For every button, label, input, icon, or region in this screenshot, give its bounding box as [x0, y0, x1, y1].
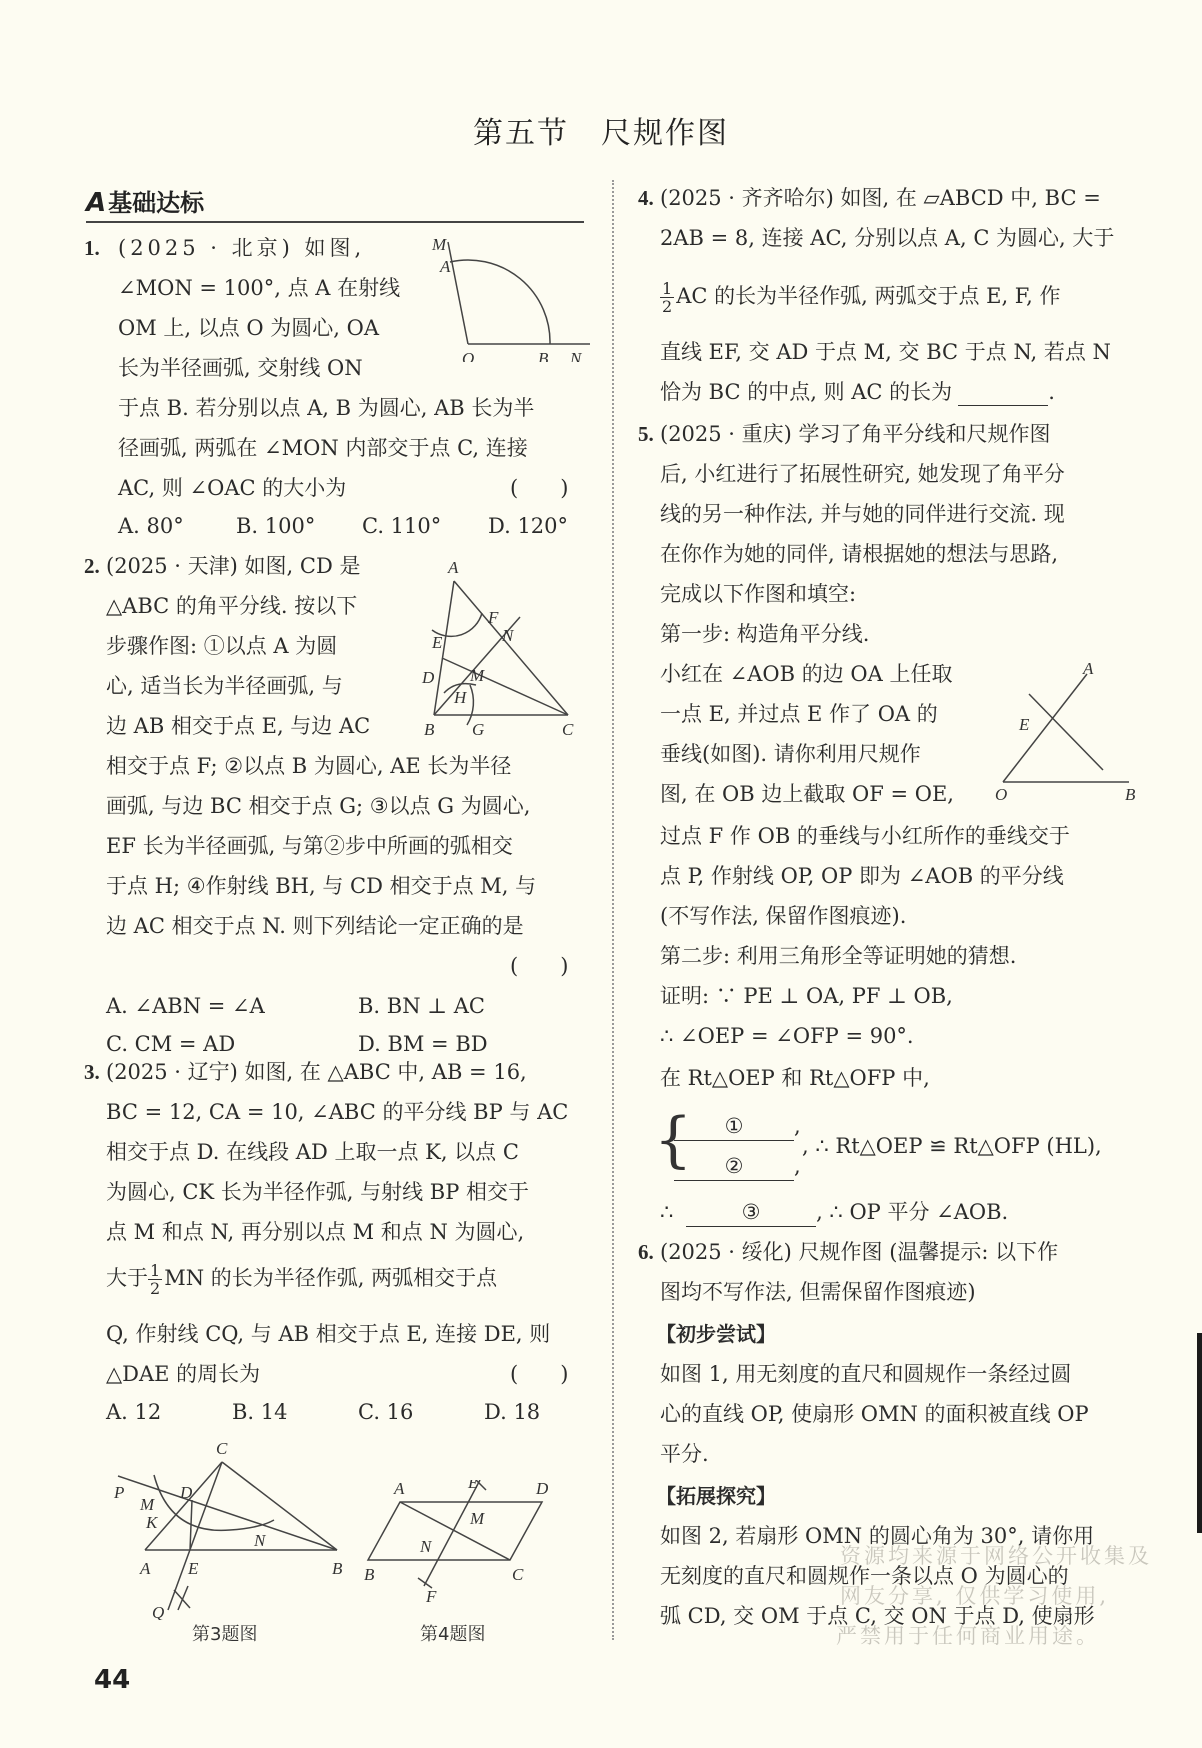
question-text-line: 边 AC 相交于点 N. 则下列结论一定正确的是	[106, 912, 524, 940]
question-text-line: 如图 1, 用无刻度的直尺和圆规作一条经过圆	[660, 1360, 1071, 1388]
label-n: N	[569, 349, 583, 362]
figure-q5: A E O B	[995, 660, 1145, 800]
question-text-line: Q, 作射线 CQ, 与 AB 相交于点 E, 连接 DE, 则	[106, 1320, 550, 1348]
svg-text:D: D	[421, 668, 435, 687]
question-text-line: △DAE 的周长为	[106, 1360, 260, 1388]
question-text-line: 证明: ∵ PE ⊥ OA, PF ⊥ OB,	[660, 982, 953, 1010]
question-text-line: 画弧, 与边 BC 相交于点 G; ③以点 G 为圆心,	[106, 792, 530, 820]
proof-blank-1[interactable]: ①,	[674, 1112, 801, 1141]
svg-text:N: N	[501, 626, 515, 645]
question-text-line: 于点 B. 若分别以点 A, B 为圆心, AB 长为半	[118, 394, 534, 422]
question-text-line: (2025 · 齐齐哈尔) 如图, 在 ▱ABCD 中, BC =	[660, 184, 1101, 212]
question-text-line: BC = 12, CA = 10, ∠ABC 的平分线 BP 与 AC	[106, 1098, 568, 1126]
question-text-line: 一点 E, 并过点 E 作了 OA 的	[660, 700, 938, 728]
svg-text:E: E	[1018, 715, 1030, 734]
choice-c[interactable]: C. 110°	[362, 512, 488, 540]
svg-text:B: B	[1125, 785, 1136, 800]
svg-text:C: C	[512, 1565, 524, 1584]
figure-q3: C P M D K N A E B Q	[110, 1440, 350, 1620]
proof-blank-2[interactable]: ②,	[674, 1152, 801, 1181]
label-a: A	[439, 257, 451, 276]
question-text-line: 第一步: 构造角平分线.	[660, 620, 869, 648]
label-o: O	[462, 349, 474, 362]
question-text-line: EF 长为半径画弧, 与第②步中所画的弧相交	[106, 832, 513, 860]
svg-text:N: N	[419, 1537, 433, 1556]
svg-text:A: A	[139, 1559, 151, 1578]
choices: A. 80°B. 100°C. 110°D. 120°	[118, 512, 568, 540]
question-number: 4.	[638, 186, 654, 210]
answer-bracket[interactable]: ( )	[510, 474, 568, 502]
answer-blank[interactable]	[958, 383, 1048, 406]
question-text-line: AC, 则 ∠OAC 的大小为	[118, 474, 346, 502]
question-number: 6.	[638, 1240, 654, 1264]
question-text-line: 径画弧, 两弧在 ∠MON 内部交于点 C, 连接	[118, 434, 528, 462]
svg-text:P: P	[113, 1483, 124, 1502]
svg-text:B: B	[364, 1565, 375, 1584]
question-text-line: 点 M 和点 N, 再分别以点 M 和点 N 为圆心,	[106, 1218, 524, 1246]
question-text-line: 平分.	[660, 1440, 709, 1468]
question-text-line: ∴ ∠OEP = ∠OFP = 90°.	[660, 1022, 914, 1050]
question-text-line: (2025 · 天津) 如图, CD 是	[106, 552, 360, 580]
column-divider	[612, 180, 614, 1640]
figure-caption-q4: 第4题图	[420, 1620, 485, 1646]
svg-text:Q: Q	[152, 1603, 164, 1620]
choice-a[interactable]: A. 80°	[118, 512, 236, 540]
figure-q1: M A O B N	[430, 232, 590, 362]
subheading-extended-exploration: 【拓展探究】	[656, 1482, 776, 1510]
figure-caption-q3: 第3题图	[192, 1620, 257, 1646]
svg-text:B: B	[332, 1559, 343, 1578]
svg-text:D: D	[179, 1483, 193, 1502]
question-text-line: 步骤作图: ①以点 A 为圆	[106, 632, 337, 660]
question-text-line: (2025 · 绥化) 尺规作图 (温馨提示: 以下作	[660, 1238, 1058, 1266]
question-text-line: 图均不写作法, 但需保留作图痕迹)	[660, 1278, 976, 1306]
choice-d[interactable]: D. BM = BD	[358, 1030, 488, 1058]
proof-blank-3[interactable]: ③	[686, 1198, 816, 1227]
choice-a[interactable]: A. 12	[106, 1398, 232, 1426]
svg-text:O: O	[995, 785, 1007, 800]
page-title: 第五节 尺规作图	[0, 108, 1202, 152]
question-text-line: OM 上, 以点 O 为圆心, OA	[118, 314, 379, 342]
question-text-line: 第二步: 利用三角形全等证明她的猜想.	[660, 942, 1016, 970]
question-text-line: 相交于点 D. 在线段 AD 上取一点 K, 以点 C	[106, 1138, 519, 1166]
svg-text:K: K	[145, 1513, 159, 1532]
label-b: B	[538, 349, 549, 362]
svg-text:A: A	[447, 558, 459, 577]
question-text-line: 于点 H; ④作射线 BH, 与 CD 相交于点 M, 与	[106, 872, 536, 900]
figure-q4: A E D M N B C F	[360, 1480, 560, 1620]
answer-bracket[interactable]: ( )	[510, 952, 568, 980]
svg-text:E: E	[431, 633, 443, 652]
question-text-line: 大于12MN 的长为半径作弧, 两弧相交于点	[106, 1262, 497, 1297]
question-text-line: 线的另一种作法, 并与她的同伴进行交流. 现	[660, 500, 1065, 528]
svg-text:A: A	[393, 1480, 405, 1498]
watermark-line: 严禁用于任何商业用途。	[836, 1620, 1100, 1650]
question-text-line: 在你作为她的同伴, 请根据她的想法与思路,	[660, 540, 1058, 568]
question-text-line: 2AB = 8, 连接 AC, 分别以点 A, C 为圆心, 大于	[660, 224, 1114, 252]
question-text-line: (不写作法, 保留作图痕迹).	[660, 902, 906, 930]
question-text-line: 心, 适当长为半径画弧, 与	[106, 672, 343, 700]
svg-text:G: G	[472, 720, 484, 739]
question-text-line: (2025 · 重庆) 学习了角平分线和尺规作图	[660, 420, 1051, 448]
choice-d[interactable]: D. 18	[484, 1398, 540, 1426]
question-text-line: 恰为 BC 的中点, 则 AC 的长为.	[660, 378, 1055, 406]
svg-text:N: N	[253, 1531, 267, 1550]
page-number: 44	[94, 1665, 130, 1695]
question-text-line: 12AC 的长为半径作弧, 两弧交于点 E, F, 作	[660, 280, 1060, 315]
question-text-line: ∠MON = 100°, 点 A 在射线	[118, 274, 400, 302]
label-m: M	[431, 235, 447, 254]
question-text-line: 相交于点 F; ②以点 B 为圆心, AE 长为半径	[106, 752, 511, 780]
question-text-line: 过点 F 作 OB 的垂线与小红所作的垂线交于	[660, 822, 1070, 850]
page-edge-tab	[1197, 1333, 1202, 1533]
question-text-line: 后, 小红进行了拓展性研究, 她发现了角平分	[660, 460, 1065, 488]
subheading-initial-attempt: 【初步尝试】	[656, 1320, 776, 1348]
section-heading: A基础达标	[86, 183, 584, 223]
question-text-line: 心的直线 OP, 使扇形 OMN 的面积被直线 OP	[660, 1400, 1089, 1428]
conclusion-line: ∴ ③, ∴ OP 平分 ∠AOB.	[660, 1198, 1008, 1227]
choice-b[interactable]: B. 14	[232, 1398, 358, 1426]
question-text-line: 在 Rt△OEP 和 Rt△OFP 中,	[660, 1064, 930, 1092]
choice-b[interactable]: B. BN ⊥ AC	[358, 992, 485, 1020]
section-heading-text: 基础达标	[108, 189, 204, 217]
question-number: 5.	[638, 422, 654, 446]
svg-text:M: M	[469, 1509, 485, 1528]
question-text-line: 为圆心, CK 长为半径作弧, 与射线 BP 相交于	[106, 1178, 529, 1206]
question-text-line: (2025 · 北京) 如图,	[118, 234, 365, 262]
figure-q2: A F E N D M H B G C	[420, 555, 590, 740]
congruence-statement: , ∴ Rt△OEP ≌ Rt△OFP (HL),	[802, 1132, 1102, 1160]
svg-text:E: E	[467, 1480, 479, 1492]
question-text-line: 图, 在 OB 边上截取 OF = OE,	[660, 780, 954, 808]
svg-text:C: C	[562, 720, 574, 739]
question-number: 2.	[84, 554, 100, 578]
choice-d[interactable]: D. 120°	[488, 512, 568, 540]
svg-text:A: A	[1082, 660, 1094, 678]
question-text-line: 小红在 ∠AOB 的边 OA 上任取	[660, 660, 953, 688]
choice-b[interactable]: B. 100°	[236, 512, 362, 540]
choice-c[interactable]: C. 16	[358, 1398, 484, 1426]
svg-text:M: M	[469, 666, 485, 685]
question-text-line: 长为半径画弧, 交射线 ON	[118, 354, 363, 382]
choice-a[interactable]: A. ∠ABN = ∠A	[106, 992, 265, 1020]
svg-text:F: F	[487, 608, 499, 627]
svg-text:M: M	[139, 1495, 155, 1514]
watermark-line: 网友分享, 仅供学习使用,	[840, 1580, 1109, 1610]
question-text-line: (2025 · 辽宁) 如图, 在 △ABC 中, AB = 16,	[106, 1058, 527, 1086]
question-number: 3.	[84, 1060, 100, 1084]
section-heading-letter: A	[86, 188, 106, 218]
question-text-line: 垂线(如图). 请你利用尺规作	[660, 740, 921, 768]
svg-text:H: H	[453, 688, 468, 707]
question-number: 1.	[84, 236, 100, 260]
fraction-one-half: 12	[660, 280, 674, 315]
question-text-line: 点 P, 作射线 OP, OP 即为 ∠AOB 的平分线	[660, 862, 1064, 890]
choices: A. 12B. 14C. 16D. 18	[106, 1398, 540, 1426]
svg-text:E: E	[187, 1559, 199, 1578]
svg-text:F: F	[425, 1587, 437, 1606]
svg-text:D: D	[535, 1480, 549, 1498]
fraction-one-half: 12	[148, 1262, 162, 1297]
svg-text:C: C	[216, 1440, 228, 1458]
watermark-line: 资源均来源于网络公开收集及	[840, 1540, 1152, 1570]
question-text-line: △ABC 的角平分线. 按以下	[106, 592, 357, 620]
question-text-line: 边 AB 相交于点 E, 与边 AC	[106, 712, 370, 740]
question-text-line: 完成以下作图和填空:	[660, 580, 856, 608]
answer-bracket[interactable]: ( )	[510, 1360, 568, 1388]
choice-c[interactable]: C. CM = AD	[106, 1030, 235, 1058]
question-text-line: 直线 EF, 交 AD 于点 M, 交 BC 于点 N, 若点 N	[660, 338, 1111, 366]
svg-text:B: B	[424, 720, 435, 739]
